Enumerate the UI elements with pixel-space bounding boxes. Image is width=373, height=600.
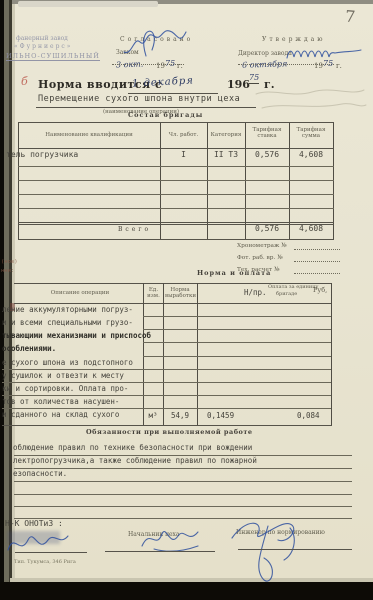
rule: [18, 148, 334, 149]
scanned-norm-document: 7 фанерный завод «Фурниерс» ИЛЬНО-СУШИЛЬ…: [0, 0, 373, 600]
brigade-table: Наименование квалификации Чл. работ. Кат…: [18, 122, 334, 240]
duties-line: езопасности.: [13, 470, 67, 478]
rule: [2, 425, 332, 426]
duties-line: облюдение правил по технике безопасности…: [13, 444, 252, 452]
col-header-members: Чл. работ.: [160, 132, 207, 138]
pay-value-unit: м³: [143, 412, 163, 420]
pay-desc-line: ки и сортировки. Оплата про-: [2, 385, 128, 393]
pay-value-rub: 0,084: [297, 412, 320, 420]
total-rate: 0,576: [245, 225, 289, 234]
brigade-row-rate: 0,576: [245, 151, 289, 160]
pay-desc-line: особлениями.: [2, 345, 56, 353]
rule: [197, 283, 198, 426]
rule: [163, 283, 164, 426]
operation-underline: [36, 107, 256, 108]
signature-line-center: [105, 551, 215, 552]
brigade-row-sum: 4,608: [289, 151, 333, 160]
col-header-sum: Тарифная сумма: [291, 127, 331, 139]
pay-desc-line: ление аккумуляторными погруз-: [2, 306, 133, 314]
brigade-row-members: I: [160, 151, 207, 160]
pay-desc-line: у сушилок и отвезти к месту: [2, 372, 124, 380]
agree-signature: [118, 26, 190, 62]
engineer-signature: [224, 514, 319, 588]
ref-line-1: [294, 249, 340, 250]
signature-line-left: [15, 552, 87, 553]
norm-year-written: 75: [249, 74, 259, 84]
rule: [14, 506, 352, 507]
ref-line-2: [294, 261, 340, 262]
pay-value-norm: 54,9: [163, 412, 197, 420]
norm-year-printed: 196: [227, 79, 250, 91]
rule: [2, 382, 143, 383]
pay-col-np: Н/пр.: [244, 289, 267, 297]
chief-signature: [138, 522, 203, 554]
factory-stamp-line3: ИЛЬНО-СУШИЛЬНЫЙ: [6, 53, 100, 61]
brigade-table-title: Состав бригады: [128, 112, 203, 119]
duties-line: лектропогрузчика,а также соблюдение прав…: [13, 457, 257, 465]
ref-chronometrage: Хронометраж №: [237, 243, 287, 249]
rule: [143, 329, 331, 330]
rule: [18, 180, 334, 181]
approve-year-suffix: г.: [336, 63, 342, 71]
rule: [14, 455, 352, 456]
pay-col-unit: Ед. изм.: [144, 287, 163, 299]
rule: [143, 316, 331, 317]
agree-year-print: 19: [156, 63, 165, 71]
page-number-pencil: 7: [344, 8, 356, 26]
paper-top-edge-highlight: [18, 1, 158, 7]
rule: [14, 303, 332, 304]
pay-col-description: Описание операции: [20, 290, 140, 296]
ref-photo-worktime: Фот. раб. вр. №: [237, 255, 283, 261]
rule: [2, 369, 143, 370]
rule: [143, 356, 331, 357]
pay-table-title: Норма и оплата: [197, 270, 271, 277]
pay-col-rub: Руб,: [313, 287, 327, 294]
pay-desc-line: тывающими механизмами и приспособ: [2, 332, 151, 340]
pencil-annotation: [252, 84, 370, 116]
agree-date-day: 3 окт.: [116, 61, 144, 71]
brigade-row-qualification: тель погрузчика: [6, 151, 78, 160]
col-header-rate: Тарифная ставка: [247, 127, 287, 139]
rule: [18, 166, 334, 167]
agree-year-hand: 75: [165, 60, 175, 69]
operation-name: Перемещение сухого шпона внутри цеха: [38, 95, 240, 104]
rule: [14, 481, 352, 482]
brigade-row-category: II ТЗ: [207, 151, 245, 160]
edge-note-1: (нов): [1, 259, 18, 265]
total-label: Всего: [118, 227, 151, 234]
pay-desc-line: тов от количества насушен-: [2, 398, 119, 406]
print-note: Тип. Тукумса, 346 Рига: [14, 560, 76, 566]
approve-year-print: 19: [314, 63, 323, 71]
pay-desc-line: и и всеми специальными грузо-: [2, 319, 133, 327]
rule: [18, 122, 334, 123]
rule: [143, 283, 144, 426]
rule: [14, 468, 352, 469]
pay-desc-line: е сухого шпона из подстопного: [2, 359, 133, 367]
factory-stamp-line1: фанерный завод: [16, 36, 68, 43]
rule: [143, 395, 331, 396]
rule: [2, 408, 143, 409]
rule: [18, 194, 334, 195]
rule: [18, 239, 334, 240]
factory-stamp-line2: «Фурниерс»: [14, 44, 72, 51]
pay-desc-line: и сданного на склад сухого: [2, 411, 119, 419]
col-header-qualification: Наименование квалификации: [20, 132, 158, 138]
signature-line-right: [238, 549, 352, 550]
duties-title: Обязанности при выполняемой работе: [86, 429, 253, 436]
pay-col-brigade: бригаде: [276, 292, 297, 298]
rule: [14, 494, 352, 495]
total-sum: 4,608: [289, 225, 333, 234]
rule: [331, 283, 332, 426]
rule: [18, 222, 334, 223]
col-header-category: Категория: [207, 132, 245, 138]
rule: [143, 342, 331, 343]
rule: [143, 382, 331, 383]
ref-line-3: [294, 273, 340, 274]
edge-note-2: нни:: [1, 268, 14, 274]
red-mark: б: [21, 76, 28, 88]
pay-col-per-unit: Оплата за единицу: [268, 285, 318, 291]
rule: [2, 395, 143, 396]
pay-col-norm: Норма выработки: [165, 287, 195, 299]
rule: [143, 369, 331, 370]
rule: [18, 208, 334, 209]
approve-date-day: 6 октября: [242, 60, 288, 70]
pay-table: Описание операции Ед. изм. Норма выработ…: [0, 283, 332, 426]
pay-value-rate: 0,1459: [207, 412, 234, 420]
onotiz-signature: [4, 528, 70, 560]
approve-year-hand: 75: [323, 60, 333, 69]
rule: [143, 408, 331, 409]
agree-year-suffix: г.: [177, 63, 183, 71]
